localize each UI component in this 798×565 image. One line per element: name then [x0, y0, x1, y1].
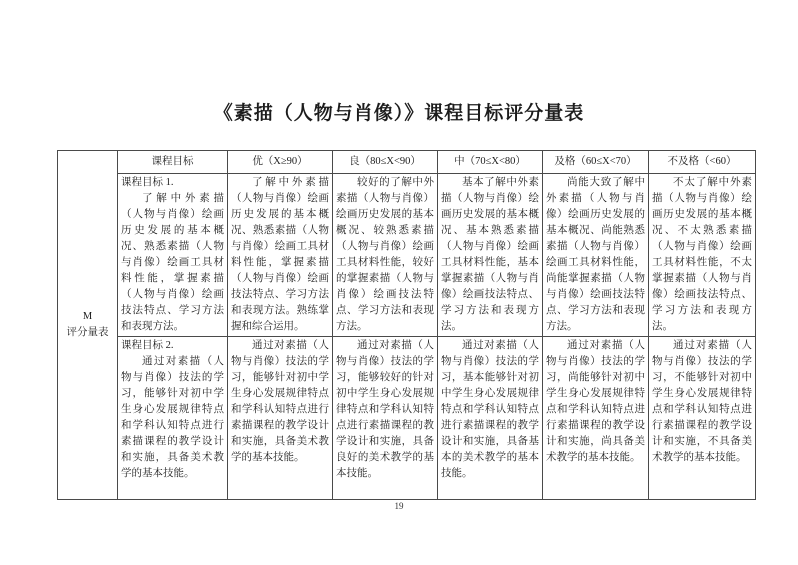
page-number: 19 [0, 501, 798, 511]
objective-1-pass-cell: 尚能大致了解中外素描（人物与肖像）绘画历史发展的基本概况、尚能熟悉素描（人物与肖… [543, 174, 649, 337]
objective-2-medium-cell: 通过对素描（人物与肖像）技法的学习，基本能够针对初中学生身心发展规律特点和学科认… [438, 337, 543, 500]
objective-1-title: 课程目标 1. [121, 175, 224, 191]
header-pass: 及格（60≤X<70） [543, 151, 649, 174]
objective-2-pass-text: 通过对素描（人物与肖像）技法的学习，尚能够针对初中学生身心发展规律特点和学科认知… [546, 338, 645, 466]
objective-1-fail-cell: 不太了解中外素描（人物与肖像）绘画历史发展的基本概况、不太熟悉素描（人物与肖像）… [649, 174, 756, 337]
table-row-label: M 评分量表 [58, 151, 118, 500]
objective-2-excellent-cell: 通过对素描（人物与肖像）技法的学习，能够针对初中学生身心发展规律特点和学科认知特… [228, 337, 333, 500]
header-medium: 中（70≤X<80） [438, 151, 543, 174]
table-row-objective-2: 课程目标 2. 通过对素描（人物与肖像）技法的学习，能够针对初中学生身心发展规律… [58, 337, 756, 500]
header-excellent: 优（X≥90） [228, 151, 333, 174]
objective-2-fail-cell: 通过对素描（人物与肖像）技法的学习，不能够针对初中学生身心发展规律特点和学科认知… [649, 337, 756, 500]
header-fail: 不及格（<60） [649, 151, 756, 174]
objective-2-medium-text: 通过对素描（人物与肖像）技法的学习，基本能够针对初中学生身心发展规律特点和学科认… [441, 338, 539, 482]
objective-2-body: 通过对素描（人物与肖像）技法的学习，能够针对初中学生身心发展规律特点和学科认知特… [121, 354, 224, 482]
objective-1-medium-cell: 基本了解中外素描（人物与肖像）绘画历史发展的基本概况、基本熟悉素描（人物与肖像）… [438, 174, 543, 337]
document-page: 《素描（人物与肖像）》课程目标评分量表 M 评分量表 课程目标 优（X≥90） … [0, 0, 798, 565]
objective-1-pass-text: 尚能大致了解中外素描（人物与肖像）绘画历史发展的基本概况、尚能熟悉素描（人物与肖… [546, 175, 645, 335]
objective-2-excellent-text: 通过对素描（人物与肖像）技法的学习，能够针对初中学生身心发展规律特点和学科认知特… [231, 338, 329, 466]
objective-2-good-text: 通过对素描（人物与肖像）技法的学习，能够较好的针对初中学生身心发展规律特点和学科… [336, 338, 434, 482]
objective-1-body: 了解中外素描（人物与肖像）绘画历史发展的基本概况、熟悉素描（人物与肖像）绘画工具… [121, 191, 224, 335]
objective-2-cell: 课程目标 2. 通过对素描（人物与肖像）技法的学习，能够针对初中学生身心发展规律… [118, 337, 228, 500]
objective-2-pass-cell: 通过对素描（人物与肖像）技法的学习，尚能够针对初中学生身心发展规律特点和学科认知… [543, 337, 649, 500]
page-title: 《素描（人物与肖像）》课程目标评分量表 [0, 98, 798, 125]
rubric-table: M 评分量表 课程目标 优（X≥90） 良（80≤X<90） 中（70≤X<80… [57, 150, 756, 500]
objective-1-medium-text: 基本了解中外素描（人物与肖像）绘画历史发展的基本概况、基本熟悉素描（人物与肖像）… [441, 175, 539, 335]
table-header-row: M 评分量表 课程目标 优（X≥90） 良（80≤X<90） 中（70≤X<80… [58, 151, 756, 174]
objective-2-fail-text: 通过对素描（人物与肖像）技法的学习，不能够针对初中学生身心发展规律特点和学科认知… [652, 338, 752, 466]
objective-1-excellent-text: 了解中外素描（人物与肖像）绘画历史发展的基本概况、熟悉素描（人物与肖像）绘画工具… [231, 175, 329, 335]
objective-1-excellent-cell: 了解中外素描（人物与肖像）绘画历史发展的基本概况、熟悉素描（人物与肖像）绘画工具… [228, 174, 333, 337]
header-objective: 课程目标 [118, 151, 228, 174]
table-row-objective-1: 课程目标 1. 了解中外素描（人物与肖像）绘画历史发展的基本概况、熟悉素描（人物… [58, 174, 756, 337]
objective-1-good-cell: 较好的了解中外素描（人物与肖像）绘画历史发展的基本概况、较熟悉素描（人物与肖像）… [333, 174, 438, 337]
objective-2-good-cell: 通过对素描（人物与肖像）技法的学习，能够较好的针对初中学生身心发展规律特点和学科… [333, 337, 438, 500]
row-label-letter: M [58, 309, 117, 325]
objective-1-fail-text: 不太了解中外素描（人物与肖像）绘画历史发展的基本概况、不太熟悉素描（人物与肖像）… [652, 175, 752, 335]
objective-2-title: 课程目标 2. [121, 338, 224, 354]
objective-1-good-text: 较好的了解中外素描（人物与肖像）绘画历史发展的基本概况、较熟悉素描（人物与肖像）… [336, 175, 434, 335]
header-good: 良（80≤X<90） [333, 151, 438, 174]
row-label-text: 评分量表 [58, 325, 117, 341]
objective-1-cell: 课程目标 1. 了解中外素描（人物与肖像）绘画历史发展的基本概况、熟悉素描（人物… [118, 174, 228, 337]
